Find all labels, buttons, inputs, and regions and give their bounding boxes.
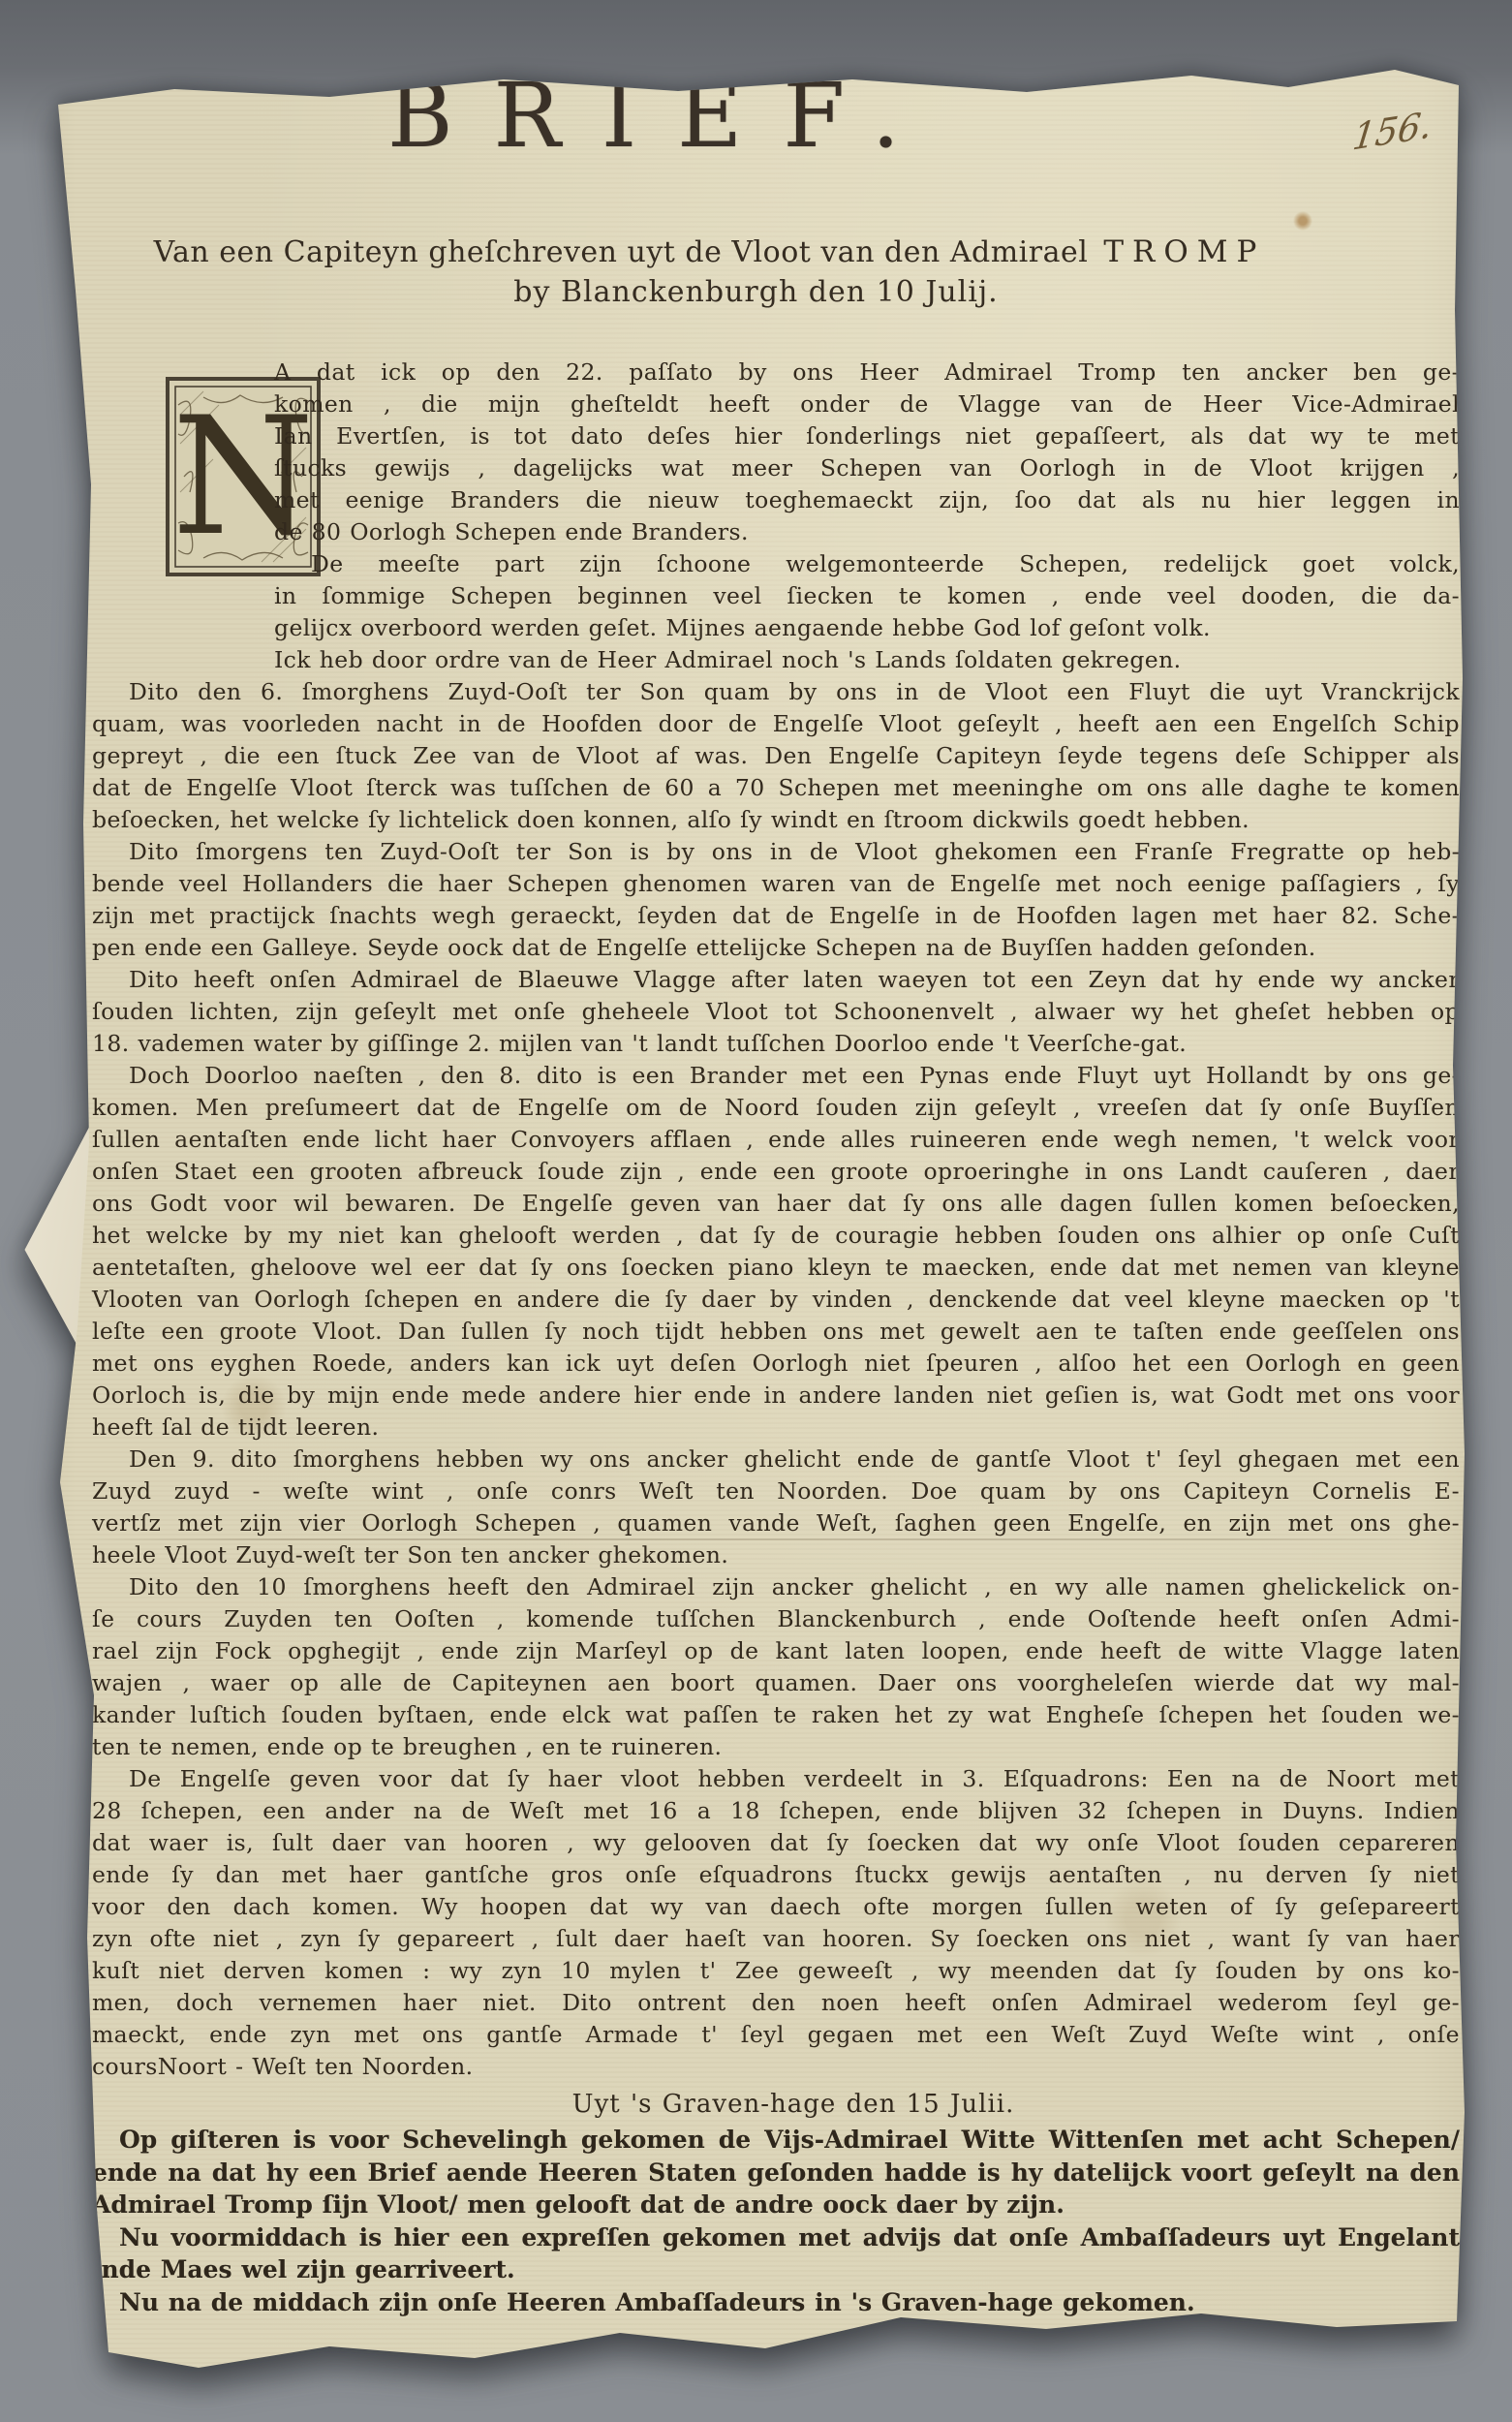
- text-line: dat de Engelſe Vloot ſterck was tuſſchen…: [92, 772, 1460, 804]
- text-line: Nu na de middach zijn onſe Heeren Ambaſſ…: [92, 2286, 1460, 2319]
- paragraph: Nu voormiddach is hier een expreſſen gek…: [92, 2221, 1460, 2286]
- text-line: quam, was voorleden nacht in de Hoofden …: [92, 708, 1460, 740]
- subtitle-tromp: TROMP: [1103, 234, 1265, 269]
- text-line: men, doch vernemen haer niet. Dito ontre…: [92, 1987, 1460, 2019]
- text-line: heeft ſal de tijdt leeren.: [92, 1412, 1460, 1444]
- text-line: voor den dach komen. Wy hoopen dat wy va…: [92, 1891, 1460, 1923]
- text-line: coursNoort - Weſt ten Noorden.: [92, 2051, 1460, 2083]
- page-title: BRIEF.: [0, 64, 1420, 168]
- text-line: gepreyt , die een ſtuck Zee van de Vloot…: [92, 740, 1460, 772]
- text-line: Doch Doorloo naeſten , den 8. dito is ee…: [92, 1060, 1460, 1092]
- text-line: gelijcx overboord werden geſet. Mijnes a…: [274, 612, 1460, 644]
- text-line: kander luſtich ſouden byſtaen, ende elck…: [92, 1699, 1460, 1731]
- paragraph: Den 9. dito ſmorghens hebben wy ons anck…: [92, 1444, 1460, 1571]
- text-line: pen ende een Galleye. Seyde oock dat de …: [92, 932, 1460, 964]
- text-line: Admirael Tromp ſijn Vloot/ men gelooft d…: [92, 2189, 1460, 2221]
- paragraph: De meeſte part zijn ſchoone welgemonteer…: [274, 548, 1460, 644]
- text-line: maeckt, ende zyn met ons gantſe Armade t…: [92, 2019, 1460, 2051]
- letter-body: A dat ick op den 22. paſſato by ons Heer…: [92, 357, 1460, 2083]
- paragraph: Dito heeft onſen Admirael de Blaeuwe Vla…: [92, 964, 1460, 1060]
- subtitle-line1-text: Van een Capiteyn gheſchreven uyt de Vloo…: [154, 235, 1089, 269]
- text-line: Den 9. dito ſmorghens hebben wy ons anck…: [92, 1444, 1460, 1475]
- text-line: met eenige Branders die nieuw toeghemaec…: [274, 484, 1460, 516]
- paragraph: Nu na de middach zijn onſe Heeren Ambaſſ…: [92, 2286, 1460, 2319]
- text-line: rael zijn Fock opghegijt , ende zijn Mar…: [92, 1635, 1460, 1667]
- text-line: dat waer is, ſult daer van hooren , wy g…: [92, 1827, 1460, 1859]
- paragraph: Dito ſmorgens ten Zuyd-Ooſt ter Son is b…: [92, 836, 1460, 964]
- text-line: zyn ofte niet , zyn ſy gepareert , ſult …: [92, 1923, 1460, 1955]
- text-line: onſen Staet een grooten afbreuck ſoude z…: [92, 1156, 1460, 1188]
- text-line: kuſt niet derven komen : wy zyn 10 mylen…: [92, 1955, 1460, 1987]
- text-line: het welcke by my niet kan ghelooft werde…: [92, 1220, 1460, 1252]
- text-line: Ian Evertſen, is tot dato deſes hier ſon…: [274, 420, 1460, 452]
- crease-line: [79, 1538, 1435, 1540]
- paragraph: De Engelſe geven voor dat ſy haer vloot …: [92, 1763, 1460, 2083]
- text-line: wajen , waer op alle de Capiteynen aen b…: [92, 1667, 1460, 1699]
- paragraph: Dito den 6. ſmorghens Zuyd-Ooſt ter Son …: [92, 676, 1460, 836]
- dateline: Uyt 's Graven-hage den 15 Julii.: [109, 2089, 1477, 2121]
- text-line: komen , die mijn gheſteldt heeft onder d…: [274, 388, 1460, 420]
- text-line: ons Godt voor wil bewaren. De Engelſe ge…: [92, 1188, 1460, 1220]
- postscript-blackletter: Op giſteren is voor Schevelingh gekomen …: [92, 2124, 1460, 2318]
- text-line: Vlooten van Oorlogh ſchepen en andere di…: [92, 1284, 1460, 1316]
- text-line: ſtucks gewijs , dagelijcks wat meer Sche…: [274, 452, 1460, 484]
- text-line: De meeſte part zijn ſchoone welgemonteer…: [274, 548, 1460, 580]
- text-line: ende ſy dan met haer gantſche gros onſe …: [92, 1859, 1460, 1891]
- text-line: heele Vloot Zuyd-weſt ter Son ten ancker…: [92, 1539, 1460, 1571]
- text-line: komen. Men preſumeert dat de Engelſe om …: [92, 1092, 1460, 1124]
- text-line: Dito den 10 ſmorghens heeft den Admirael…: [92, 1571, 1460, 1603]
- text-line: 18. vademen water by giſſinge 2. mijlen …: [92, 1028, 1460, 1060]
- text-line: ende na dat hy een Brief aende Heeren St…: [92, 2157, 1460, 2189]
- paragraph: Doch Doorloo naeſten , den 8. dito is ee…: [92, 1060, 1460, 1444]
- text-line: vertſz met zijn vier Oorlogh Schepen , q…: [92, 1507, 1460, 1539]
- text-line: 28 ſchepen, een ander na de Weſt met 16 …: [92, 1795, 1460, 1827]
- text-line: Ick heb door ordre van de Heer Admirael …: [274, 644, 1460, 676]
- text-line: De Engelſe geven voor dat ſy haer vloot …: [92, 1763, 1460, 1795]
- text-line: Dito ſmorgens ten Zuyd-Ooſt ter Son is b…: [92, 836, 1460, 868]
- text-line: Op giſteren is voor Schevelingh gekomen …: [92, 2124, 1460, 2157]
- subtitle-line1: Van een Capiteyn gheſchreven uyt de Vloo…: [0, 234, 1466, 269]
- text-line: beſoecken, het welcke ſy lichtelick doen…: [92, 804, 1460, 836]
- text-line: in ſommige Schepen beginnen veel ſiecken…: [274, 580, 1460, 612]
- text-line: Nu voormiddach is hier een expreſſen gek…: [92, 2221, 1460, 2254]
- subtitle: Van een Capiteyn gheſchreven uyt de Vloo…: [0, 234, 1512, 309]
- text-line: de 80 Oorlogh Schepen ende Branders.: [274, 516, 1460, 548]
- text-line: ſouden lichten, zijn geſeylt met onſe gh…: [92, 996, 1460, 1028]
- text-line: ſe cours Zuyden ten Ooſten , komende tuſ…: [92, 1603, 1460, 1635]
- paragraph: Op giſteren is voor Schevelingh gekomen …: [92, 2124, 1460, 2221]
- text-line: leſte een groote Vloot. Dan ſullen ſy no…: [92, 1316, 1460, 1348]
- text-line: zijn met practijck ſnachts wegh geraeckt…: [92, 900, 1460, 932]
- text-line: Dito den 6. ſmorghens Zuyd-Ooſt ter Son …: [92, 676, 1460, 708]
- paragraph: A dat ick op den 22. paſſato by ons Heer…: [274, 357, 1460, 548]
- text-line: bende veel Hollanders die haer Schepen g…: [92, 868, 1460, 900]
- text-line: met ons eyghen Roede, anders kan ick uyt…: [92, 1348, 1460, 1380]
- text-line: ſullen aentaſten ende licht haer Convoye…: [92, 1124, 1460, 1156]
- subtitle-line2: by Blanckenburgh den 10 Julij.: [0, 275, 1512, 309]
- scan-background: 156. BRIEF. Van een Capiteyn gheſchreven…: [0, 0, 1512, 2422]
- text-line: Dito heeft onſen Admirael de Blaeuwe Vla…: [92, 964, 1460, 996]
- paragraph: Ick heb door ordre van de Heer Admirael …: [274, 644, 1460, 676]
- text-line: inde Maes wel zijn gearriveert.: [92, 2253, 1460, 2286]
- text-line: Oorloch is, die by mijn ende mede andere…: [92, 1380, 1460, 1412]
- text-line: ten te nemen, ende op te breughen , en t…: [92, 1731, 1460, 1763]
- document-page: 156. BRIEF. Van een Capiteyn gheſchreven…: [0, 0, 1512, 2422]
- body-text-column: A dat ick op den 22. paſſato by ons Heer…: [92, 357, 1460, 2318]
- text-line: Zuyd zuyd - weſte wint , onſe conrs Weſt…: [92, 1475, 1460, 1507]
- paper-shadow-wrap: 156. BRIEF. Van een Capiteyn gheſchreven…: [0, 0, 1512, 2422]
- text-line: A dat ick op den 22. paſſato by ons Heer…: [274, 357, 1460, 388]
- paragraph: Dito den 10 ſmorghens heeft den Admirael…: [92, 1571, 1460, 1763]
- text-line: aentetaſten, gheloove wel eer dat ſy ons…: [92, 1252, 1460, 1284]
